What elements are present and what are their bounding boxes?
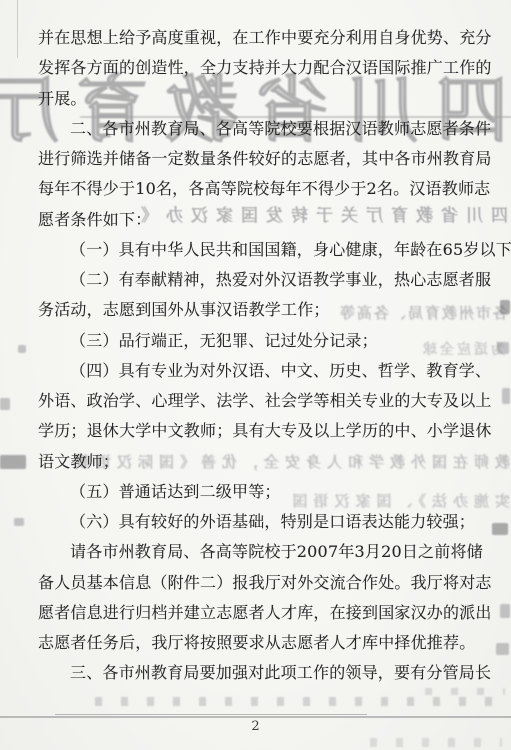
footer-rule [55,714,367,715]
footer-rule [0,716,511,718]
scan-noise [425,688,505,695]
scan-smudge [497,342,509,354]
text-line: 备人员基本信息（附件二）报我厅对外交流合作处。我厅将对志 [38,568,494,598]
scan-smudge [496,643,509,655]
scan-smudge [500,604,510,618]
text-line: 志愿者任务后，我厅将按照要求从志愿者人才库中择优推荐。 [38,628,494,658]
scan-smudge [502,388,510,404]
text-line: 开展。 [38,84,494,114]
text-line: 进行筛选并储备一定数量条件较好的志愿者，其中各市州教育局 [38,144,494,174]
scan-smudge [500,300,510,314]
text-line: 二、各市州教育局、各高等院校要根据汉语教师志愿者条件 [38,114,494,144]
text-line: （六）具有较好的外语基础，特别是口语表达能力较强； [38,507,494,537]
text-line: 语文教师； [38,447,494,477]
scan-noise [370,738,502,747]
text-line: （二）有奉献精神，热爱对外汉语教学事业，热心志愿者服 [38,265,494,295]
page-number: 2 [0,719,511,734]
scan-smudge [0,398,10,410]
text-line: 发挥各方面的创造性，全力支持并大力配合汉语国际推广工作的 [38,53,494,83]
scan-artifact-line [17,0,18,58]
text-line: （三）品行端正，无犯罪、记过处分记录； [38,326,494,356]
body-text: 并在思想上给予高度重视，在工作中要充分利用自身优势、充分发挥各方面的创造性，全力… [38,23,494,689]
text-line: 愿者信息进行归档并建立志愿者人才库，在接到国家汉办的派出 [38,598,494,628]
text-line: 请各市州教育局、各高等院校于2007年3月20日之前将储 [38,537,494,567]
scan-smudge [14,518,24,526]
scan-smudge [18,345,26,353]
text-line: （四）具有专业为对外汉语、中文、历史、哲学、教育学、 [38,356,494,386]
scan-smudge [492,523,508,535]
scan-smudge [0,455,26,469]
text-line: 务活动，志愿到国外从事汉语教学工作； [38,295,494,325]
scan-noise [95,697,500,706]
text-line: （一）具有中华人民共和国国籍，身心健康，年龄在65岁以下； [38,235,494,265]
text-line: 学历；退休大学中文教师；具有大专及以上学历的中、小学退休 [38,416,494,446]
text-line: 并在思想上给予高度重视，在工作中要充分利用自身优势、充分 [38,23,494,53]
text-line: （五）普通话达到二级甲等； [38,477,494,507]
text-line: 愿者条件如下： [38,205,494,235]
scanned-document-page: 四川省教育厅 四川省教育厅关于转发国家汉办《 各市州教育局、各高等 为适应全球 … [0,0,511,750]
text-line: 三、各市州教育局要加强对此项工作的领导，要有分管局长 [38,658,494,688]
text-line: 外语、政治学、心理学、法学、社会学等相关专业的大专及以上 [38,386,494,416]
text-line: 每年不得少于10名，各高等院校每年不得少于2名。汉语教师志 [38,174,494,204]
